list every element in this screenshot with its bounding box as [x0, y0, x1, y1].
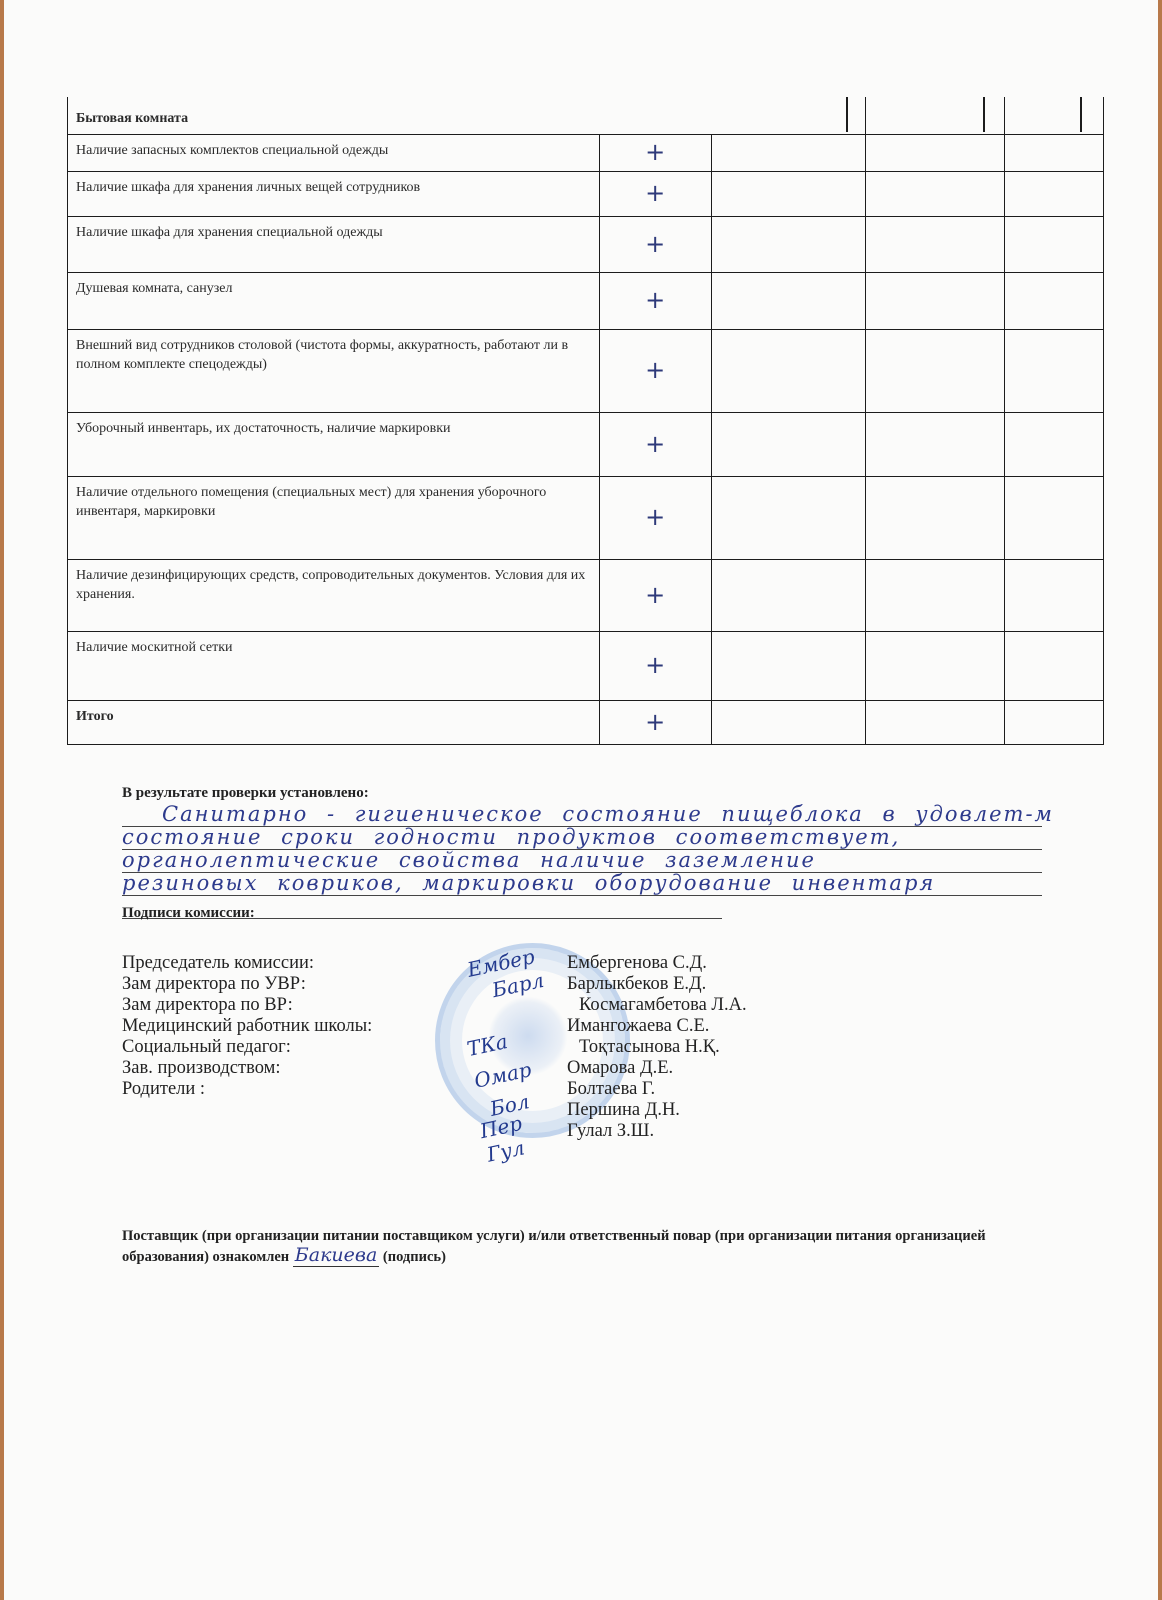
empty-cell	[866, 412, 1005, 476]
empty-cell	[1005, 476, 1104, 559]
criterion-label: Наличие отдельного помещения (специальны…	[68, 476, 600, 559]
member-name: Болтаева Г.	[567, 1079, 867, 1100]
empty-cell	[866, 216, 1005, 272]
supplier-acknowledgement: Поставщик (при организации питании поста…	[122, 1227, 1052, 1267]
table-row: Наличие москитной сетки+	[68, 631, 1104, 700]
table-cell	[866, 97, 1005, 134]
check-mark: +	[599, 216, 711, 272]
empty-cell	[1005, 559, 1104, 631]
findings-line: Санитарно - гигиеническое состояние пище…	[122, 804, 1042, 827]
document-page: Бытовая комната Наличие запасных комплек…	[4, 0, 1158, 1600]
criterion-label: Наличие шкафа для хранения личных вещей …	[68, 171, 600, 216]
check-mark: +	[599, 476, 711, 559]
criterion-label: Наличие запасных комплектов специальной …	[68, 134, 600, 171]
empty-cell	[711, 171, 866, 216]
findings-line: резиновых ковриков, маркировки оборудова…	[122, 873, 1042, 896]
empty-cell	[1005, 171, 1104, 216]
member-name: Тоқтасынова Н.Қ.	[567, 1037, 867, 1058]
empty-cell	[1005, 134, 1104, 171]
check-mark: +	[599, 272, 711, 329]
table-cell	[1005, 97, 1104, 134]
empty-cell	[866, 134, 1005, 171]
member-name: Барлыкбеков Е.Д.	[567, 974, 867, 995]
check-mark: +	[599, 134, 711, 171]
table-row: Наличие шкафа для хранения специальной о…	[68, 216, 1104, 272]
empty-cell	[1005, 631, 1104, 700]
member-role: Родители :	[122, 1079, 442, 1100]
empty-cell	[711, 134, 866, 171]
criterion-label: Душевая комната, санузел	[68, 272, 600, 329]
member-role: Председатель комиссии:	[122, 953, 442, 974]
findings-line: органолептические свойства наличие зазем…	[122, 850, 1042, 873]
empty-cell	[711, 272, 866, 329]
commission-signatures: Подписи комиссии: Председатель комиссии:…	[122, 905, 1042, 922]
empty-cell	[866, 272, 1005, 329]
check-mark: +	[599, 700, 711, 744]
table-row: Наличие запасных комплектов специальной …	[68, 134, 1104, 171]
member-role: Зам директора по ВР:	[122, 995, 442, 1016]
table-row: Наличие дезинфицирующих средств, сопрово…	[68, 559, 1104, 631]
member-role: Социальный педагог:	[122, 1037, 442, 1058]
inspection-checklist-table: Бытовая комната Наличие запасных комплек…	[67, 97, 1104, 745]
member-name: Першина Д.Н.	[567, 1100, 867, 1121]
check-mark: +	[599, 631, 711, 700]
supplier-signature: Бакиева	[293, 1244, 380, 1267]
check-mark: +	[599, 412, 711, 476]
check-mark: +	[599, 171, 711, 216]
handwritten-signature: Гул	[485, 1137, 526, 1165]
criterion-label: Наличие дезинфицирующих средств, сопрово…	[68, 559, 600, 631]
criterion-label: Наличие шкафа для хранения специальной о…	[68, 216, 600, 272]
empty-cell	[866, 559, 1005, 631]
section-row: Бытовая комната	[68, 97, 1104, 134]
check-mark: +	[599, 559, 711, 631]
table-row: Уборочный инвентарь, их достаточность, н…	[68, 412, 1104, 476]
empty-cell	[866, 329, 1005, 412]
empty-cell	[711, 700, 866, 744]
empty-cell	[711, 329, 866, 412]
table-row: Наличие шкафа для хранения личных вещей …	[68, 171, 1104, 216]
supplier-text: Поставщик (при организации питании поста…	[122, 1228, 986, 1265]
member-names: Ембергенова С.Д.Барлыкбеков Е.Д.Космагам…	[567, 953, 867, 1142]
member-roles: Председатель комиссии:Зам директора по У…	[122, 953, 442, 1142]
check-mark: +	[599, 329, 711, 412]
findings-heading: В результате проверки установлено:	[122, 785, 1042, 802]
member-role: Зав. производством:	[122, 1058, 442, 1079]
empty-cell	[711, 476, 866, 559]
empty-cell	[866, 631, 1005, 700]
empty-cell	[866, 171, 1005, 216]
empty-cell	[711, 216, 866, 272]
criterion-label: Внешний вид сотрудников столовой (чистот…	[68, 329, 600, 412]
empty-cell	[711, 631, 866, 700]
criterion-label: Итого	[68, 700, 600, 744]
table-row: Наличие отдельного помещения (специальны…	[68, 476, 1104, 559]
empty-cell	[1005, 700, 1104, 744]
table-row: Душевая комната, санузел+	[68, 272, 1104, 329]
section-title: Бытовая комната	[68, 97, 866, 134]
member-name: Омарова Д.Е.	[567, 1058, 867, 1079]
empty-cell	[1005, 216, 1104, 272]
member-name: Гулал З.Ш.	[567, 1121, 867, 1142]
member-name: Ембергенова С.Д.	[567, 953, 867, 974]
empty-cell	[1005, 272, 1104, 329]
findings-section: В результате проверки установлено: Санит…	[122, 785, 1042, 919]
signatures-heading: Подписи комиссии:	[122, 905, 1042, 922]
empty-cell	[1005, 412, 1104, 476]
empty-cell	[711, 412, 866, 476]
criterion-label: Наличие москитной сетки	[68, 631, 600, 700]
member-role	[122, 1121, 442, 1142]
member-name: Имангожаева С.Е.	[567, 1016, 867, 1037]
empty-cell	[866, 476, 1005, 559]
empty-cell	[711, 559, 866, 631]
member-name: Космагамбетова Л.А.	[567, 995, 867, 1016]
member-role: Медицинский работник школы:	[122, 1016, 442, 1037]
table-row: Внешний вид сотрудников столовой (чистот…	[68, 329, 1104, 412]
member-role	[122, 1100, 442, 1121]
supplier-text-suffix: (подпись)	[379, 1249, 446, 1265]
criterion-label: Уборочный инвентарь, их достаточность, н…	[68, 412, 600, 476]
table-row: Итого+	[68, 700, 1104, 744]
findings-line: состояние сроки годности продуктов соотв…	[122, 827, 1042, 850]
empty-cell	[1005, 329, 1104, 412]
empty-cell	[866, 700, 1005, 744]
member-role: Зам директора по УВР:	[122, 974, 442, 995]
